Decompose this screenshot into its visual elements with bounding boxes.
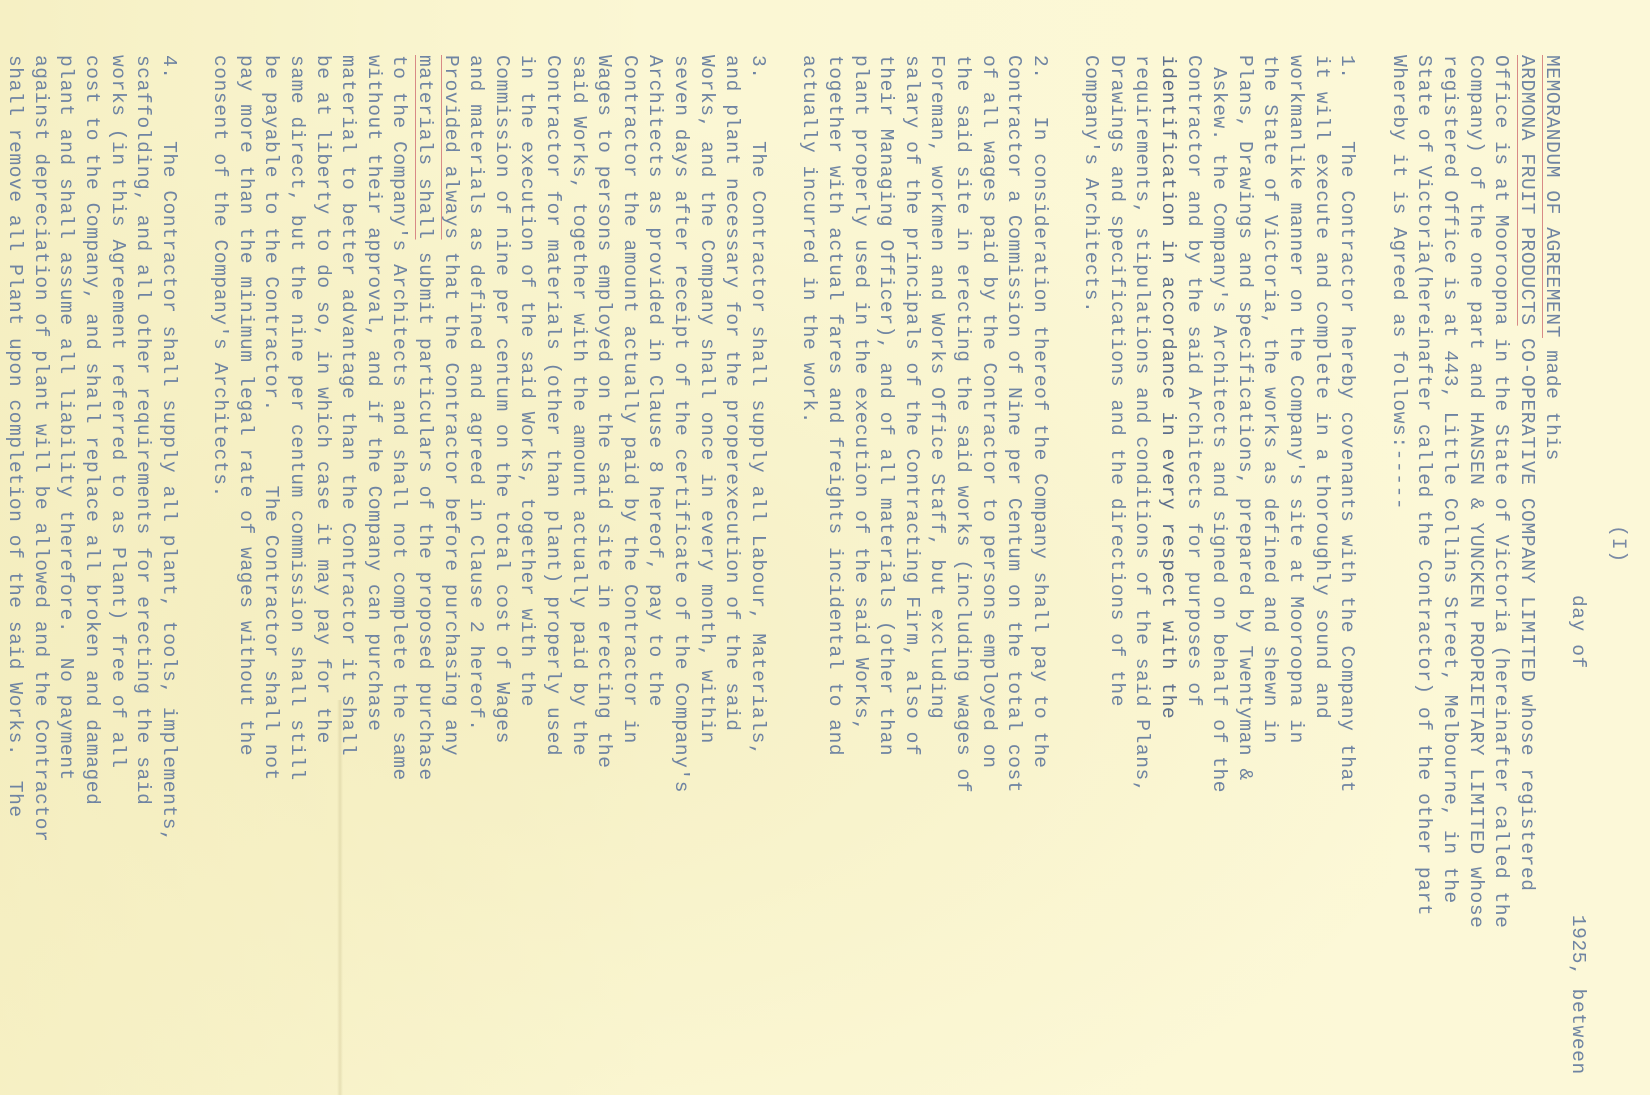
- proviso-line: materials shall submit particulars of th…: [411, 55, 437, 1045]
- clause-line: 1. The Contractor hereby covenants with …: [1334, 55, 1360, 1045]
- header-line: State of Victoria(hereinafter called the…: [1411, 55, 1437, 1045]
- clause-line: pay more than the minimum legal rate of …: [232, 55, 258, 1045]
- clause-line: their Managing Officer), and of all mate…: [873, 55, 899, 1045]
- document-header: day of 1925, between MEMORANDUM OF AGREE…: [1385, 55, 1590, 1045]
- clause-line: cost to the Company, and shall replace a…: [78, 55, 104, 1045]
- clause-line: salary of the principals of the Contract…: [898, 55, 924, 1045]
- clause-4: 4. The Contractor shall supply all plant…: [0, 55, 181, 1045]
- title-rest: made this: [1541, 338, 1563, 461]
- clause-line: requirements, stipulations and condition…: [1129, 55, 1155, 1045]
- party-line-rest: CO-OPERATIVE COMPANY LIMITED whose regis…: [1516, 326, 1538, 892]
- clause-line: Wages to persons employed on the said si…: [591, 55, 617, 1045]
- clause-line: Commission of nine per centum on the tot…: [488, 55, 514, 1045]
- proviso-line: Provided always that the Contractor befo…: [437, 55, 463, 1045]
- proviso-text: submit particulars of the proposed purch…: [414, 240, 436, 781]
- clause-line: Foreman, workmen and Works Office Staff,…: [924, 55, 950, 1045]
- clause-line: shall remove all Plant upon completion o…: [2, 55, 28, 1045]
- proviso-text: that the Contractor before purchasing an…: [440, 240, 462, 757]
- clause-line: said Works, together with the amount act…: [565, 55, 591, 1045]
- party-line: ARDMONA FRUIT PRODUCTS CO-OPERATIVE COMP…: [1513, 55, 1539, 1045]
- clause-2: 2. In consideration thereof the Company …: [796, 55, 1052, 1045]
- clause-line: consent of the Company's Architects.: [207, 55, 233, 1045]
- clause-line: 3. The Contractor shall supply all Labou…: [744, 55, 770, 1045]
- clause-line: of all wages paid by the Contractor to p…: [975, 55, 1001, 1045]
- title-line: MEMORANDUM OF AGREEMENT made this: [1539, 55, 1565, 1045]
- clause-line: Contractor a Commission of Nine per Cent…: [1001, 55, 1027, 1045]
- header-line: Company) of the one part and HANSEN & YU…: [1462, 55, 1488, 1045]
- clause-line: be at liberty to do so, in which case it…: [309, 55, 335, 1045]
- clause-line: Askew. the Company's Architects and sign…: [1206, 55, 1232, 1045]
- document-title: MEMORANDUM OF AGREEMENT: [1541, 55, 1563, 338]
- clause-line: workmanlike manner on the Company's site…: [1282, 55, 1308, 1045]
- clause-line: be payable to the Contractor. The Contra…: [258, 55, 284, 1045]
- clause-line: Contractor the amount actually paid by t…: [616, 55, 642, 1045]
- clause-3: 3. The Contractor shall supply all Labou…: [207, 55, 770, 1045]
- proviso-keyword: Provided always: [440, 55, 462, 240]
- clause-line: identification in accordance in every re…: [1155, 55, 1181, 1045]
- party-name: ARDMONA FRUIT PRODUCTS: [1516, 55, 1538, 326]
- proviso-keyword: materials shall: [414, 55, 436, 240]
- date-line: day of 1925, between: [1564, 55, 1590, 1045]
- header-line: Office is at Mooroopna in the State of V…: [1488, 55, 1514, 1045]
- clause-line: to the Company's Architects and shall no…: [386, 55, 412, 1045]
- clause-line: same direct, but the nine per centum com…: [284, 55, 310, 1045]
- clause-line: the said site in erecting the said works…: [949, 55, 975, 1045]
- clause-line: works (in this Agreement referred to as …: [104, 55, 130, 1045]
- page-marker: (I): [1604, 525, 1630, 563]
- clause-line: 4. The Contractor shall supply all plant…: [155, 55, 181, 1045]
- header-line: registered Office is at 443, Little Coll…: [1436, 55, 1462, 1045]
- clause-line: plant properly used in the execution of …: [847, 55, 873, 1045]
- clause-line: Company's Architects.: [1078, 55, 1104, 1045]
- memorandum-document: (I) day of 1925, between MEMORANDUM OF A…: [50, 55, 1590, 1045]
- clause-line: Works, and the Company shall once in eve…: [693, 55, 719, 1045]
- clause-line: Company shall pay Cartage and handling o…: [0, 55, 2, 1045]
- clause-line: material to better advantage than the Co…: [335, 55, 361, 1045]
- clause-line: it will execute and complete in a thorou…: [1308, 55, 1334, 1045]
- clause-line: scaffolding, and all other requirements …: [130, 55, 156, 1045]
- clause-line: Contractor for materials (other than pla…: [539, 55, 565, 1045]
- clause-line: against depreciation of plant will be al…: [27, 55, 53, 1045]
- clause-line: plant and shall assume all liability the…: [53, 55, 79, 1045]
- clause-line: actually incurred in the work.: [796, 55, 822, 1045]
- clause-line: in the execution of the said Works, toge…: [514, 55, 540, 1045]
- header-line: Whereby it is Agreed as follows:-----: [1385, 55, 1411, 1045]
- clause-line: together with actual fares and freights …: [821, 55, 847, 1045]
- clause-line: seven days after receipt of the certific…: [667, 55, 693, 1045]
- clause-line: Architects as provided in Clause 8 hereo…: [642, 55, 668, 1045]
- clause-line: Plans, Drawings and specifications, prep…: [1231, 55, 1257, 1045]
- clause-line: Contractor and by the said Architects fo…: [1180, 55, 1206, 1045]
- clause-line: without their approval, and if the Compa…: [360, 55, 386, 1045]
- clause-line: and plant necessary for the properexecut…: [719, 55, 745, 1045]
- clause-line: Drawings and specifications and the dire…: [1103, 55, 1129, 1045]
- clause-line: the State of Victoria, the works as defi…: [1257, 55, 1283, 1045]
- clause-line: and materials as defined and agreed in C…: [463, 55, 489, 1045]
- clause-line: 2. In consideration thereof the Company …: [1026, 55, 1052, 1045]
- clause-1: 1. The Contractor hereby covenants with …: [1078, 55, 1360, 1045]
